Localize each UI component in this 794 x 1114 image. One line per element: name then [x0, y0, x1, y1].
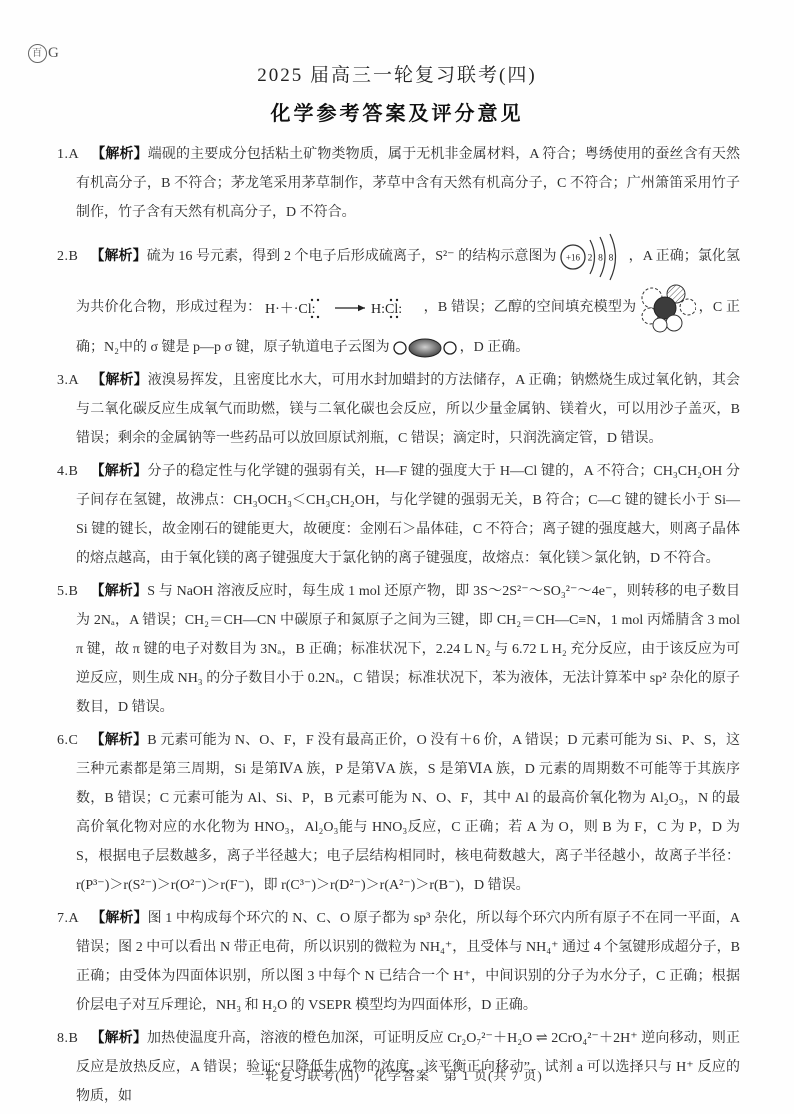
analysis-label: 【解析】 — [90, 733, 147, 748]
shell-2-electrons: 8 — [598, 254, 603, 264]
shell-1-electrons: 2 — [587, 254, 592, 264]
answer-number: 5.B — [57, 584, 78, 599]
answer-number: 1.A — [57, 147, 79, 162]
nucleus-charge-label: +16 — [566, 253, 581, 263]
analysis-label: 【解析】 — [90, 464, 147, 479]
analysis-label: 【解析】 — [90, 1031, 147, 1046]
analysis-label: 【解析】 — [90, 584, 147, 599]
logo-letter: G — [48, 45, 60, 62]
answer-item: 7.A【解析】图 1 中构成每个环穴的 N、C、O 原子都为 sp³ 杂化，所以… — [57, 904, 740, 1020]
exam-answer-page: 百G 2025 届高三一轮复习联考(四) 化学参考答案及评分意见 1.A【解析】… — [0, 0, 794, 1114]
analysis-label: 【解析】 — [91, 911, 147, 926]
answers-list: 1.A【解析】端砚的主要成分包括粘土矿物类物质，属于无机非金属材料，A 符合；粤… — [57, 140, 740, 1111]
logo-circle-icon: 百 — [28, 44, 47, 63]
answer-item: 4.B【解析】分子的稳定性与化学键的强弱有关，H—F 键的强度大于 H—Cl 键… — [57, 457, 740, 573]
answer-item: 2.B【解析】硫为 16 号元素，得到 2 个电子后形成硫离子，S²⁻ 的结构示… — [57, 231, 740, 362]
answer-item: 5.B【解析】S 与 NaOH 溶液反应时，每生成 1 mol 还原产物，即 3… — [57, 577, 740, 722]
answer-item: 3.A【解析】液溴易挥发，且密度比水大，可用水封加蜡封的方法储存，A 正确；钠燃… — [57, 366, 740, 453]
lewis-left-formula: H·＋·Cl: — [265, 302, 316, 317]
brand-logo: 百G — [28, 44, 60, 63]
analysis-label: 【解析】 — [91, 147, 148, 162]
analysis-label: 【解析】 — [90, 249, 146, 264]
analysis-label: 【解析】 — [91, 373, 148, 388]
answer-number: 2.B — [57, 249, 78, 264]
exam-title: 2025 届高三一轮复习联考(四) — [0, 60, 794, 87]
arrow-icon — [358, 305, 365, 311]
lewis-formation-diagram: H·＋·Cl: H:Cl: — [263, 295, 421, 321]
lewis-right-formula: H:Cl: — [371, 302, 402, 317]
answer-number: 7.A — [57, 911, 79, 926]
answer-number: 3.A — [57, 373, 79, 388]
page-footer: 一轮复习联考(四) 化学答案 第 1 页(共 7 页) — [0, 1065, 794, 1084]
p-orbital-electron-cloud-diagram — [392, 336, 458, 360]
answer-item: 6.C【解析】B 元素可能为 N、O、F，F 没有最高正价，O 没有＋6 价，A… — [57, 726, 740, 900]
ethanol-space-filling-model — [638, 283, 696, 333]
shell-3-electrons: 8 — [608, 254, 613, 264]
answer-number: 4.B — [57, 464, 78, 479]
answer-key-title: 化学参考答案及评分意见 — [0, 97, 794, 126]
atomic-structure-diagram: +16 2 8 8 — [559, 231, 627, 283]
answer-item: 1.A【解析】端砚的主要成分包括粘土矿物类物质，属于无机非金属材料，A 符合；粤… — [57, 140, 740, 227]
answer-number: 6.C — [57, 733, 78, 748]
answer-number: 8.B — [57, 1031, 78, 1046]
